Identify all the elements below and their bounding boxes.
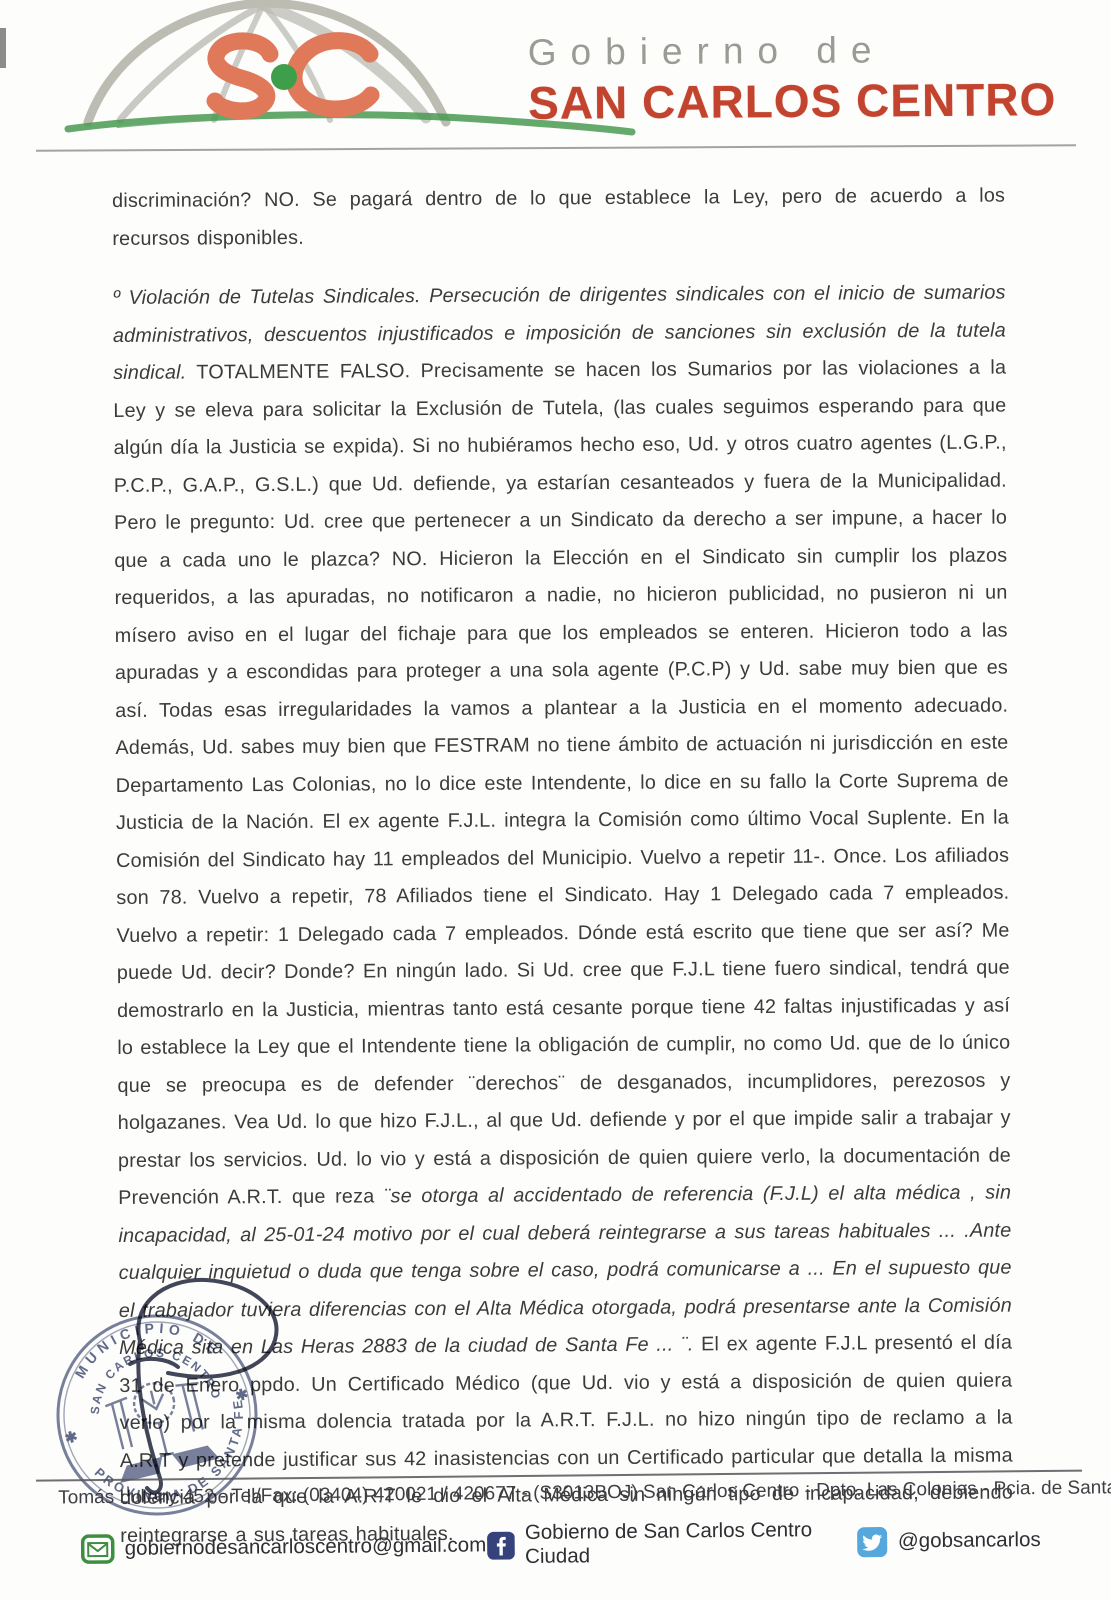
email-contact: gobiernodesancarloscentro@gmail.com <box>81 1530 487 1564</box>
body-paragraph: discriminación? NO. Se pagará dentro de … <box>112 178 1005 258</box>
body-text-segment: discriminación? NO. Se pagará dentro de … <box>112 185 1005 250</box>
letterhead: Gobierno de SAN CARLOS CENTRO <box>0 0 1111 150</box>
letterhead-government: Gobierno de <box>528 28 1056 74</box>
facebook-contact: Gobierno de San Carlos Centro Ciudad <box>486 1518 857 1570</box>
twitter-handle: @gobsancarlos <box>898 1528 1041 1553</box>
email-address: gobiernodesancarloscentro@gmail.com <box>125 1533 487 1560</box>
document-page: Gobierno de SAN CARLOS CENTRO discrimina… <box>0 0 1111 1600</box>
twitter-contact: @gobsancarlos <box>857 1525 1041 1558</box>
twitter-icon <box>857 1526 888 1557</box>
body-text-segment: TOTALMENTE FALSO. Precisamente se hacen … <box>113 357 1011 1209</box>
logo-green-dot-icon <box>271 64 297 90</box>
facebook-name: Gobierno de San Carlos Centro Ciudad <box>525 1518 857 1569</box>
email-icon <box>81 1534 115 1564</box>
contact-row: gobiernodesancarloscentro@gmail.com Gobi… <box>80 1516 1040 1573</box>
facebook-icon <box>486 1530 515 1561</box>
letterhead-title-block: Gobierno de SAN CARLOS CENTRO <box>528 28 1057 130</box>
letterhead-city: SAN CARLOS CENTRO <box>528 72 1056 130</box>
